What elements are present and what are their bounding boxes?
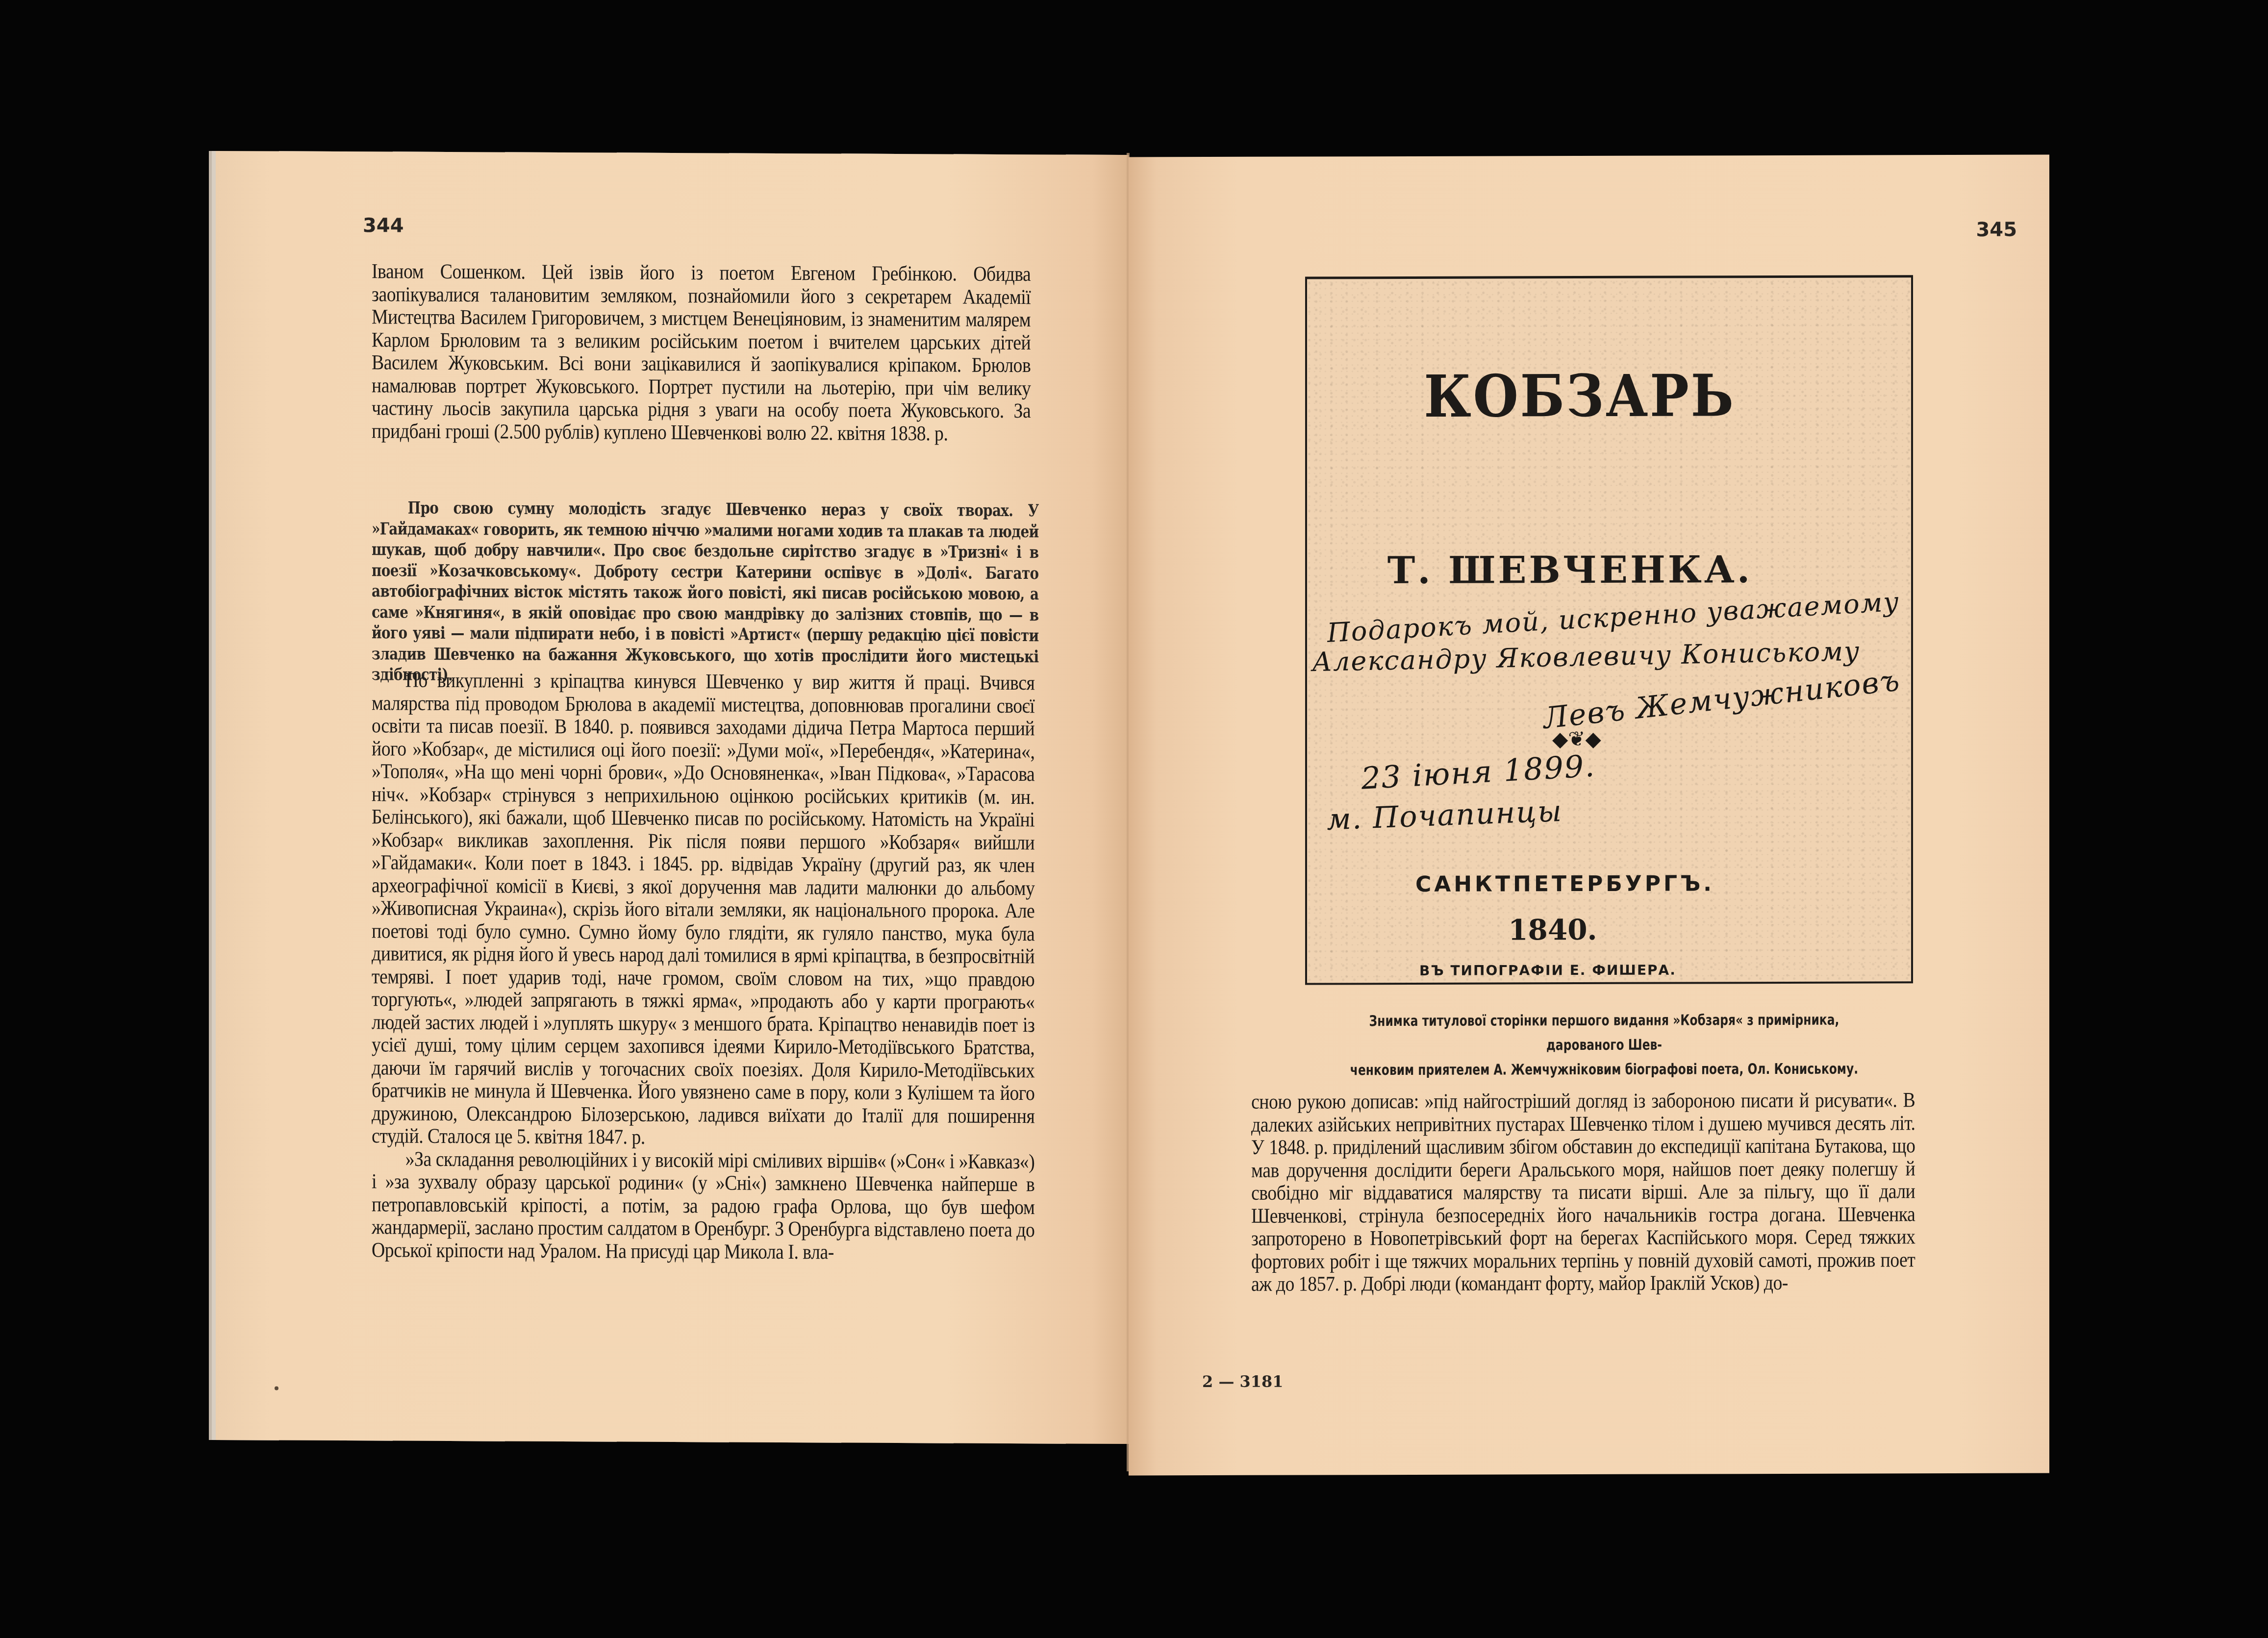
- biographical-note: Про свою сумну молодість згадує Шевченко…: [372, 497, 1038, 688]
- paper-speck: [275, 1386, 278, 1390]
- printer-signature-mark: 2 — 3181: [1202, 1372, 1284, 1391]
- paragraph-text: сною рукою дописав: »під найгостріший до…: [1251, 1089, 1915, 1296]
- title-page-facsimile: КОБЗАРЬ Т. ШЕВЧЕНКА. Подарокъ мой, искре…: [1305, 275, 1913, 985]
- facsimile-printer: ВЪ ТИПОГРАФІИ Е. ФИШЕРА.: [1307, 962, 1789, 979]
- paragraph-text: »За складання революційних і у високій м…: [372, 1148, 1034, 1265]
- inscription-place: м. Почапинцы: [1326, 794, 1563, 837]
- inscription-date: 23 іюня 1899.: [1360, 748, 1596, 796]
- right-page: 345 КОБЗАРЬ Т. ШЕВЧЕНКА. Подарокъ мой, и…: [1129, 155, 2049, 1476]
- paragraph-text: Іваном Сошенком. Цей ізвів його із поето…: [372, 260, 1031, 446]
- page-number-left: 344: [363, 214, 404, 237]
- page-number-right: 345: [1976, 219, 2017, 241]
- paragraph-text: По викупленні з кріпацтва кинувся Шевчен…: [372, 669, 1034, 1150]
- figure-caption: Знимка титулової сторінки першого виданн…: [1251, 1008, 1957, 1083]
- note-text: Про свою сумну молодість згадує Шевченко…: [372, 497, 1039, 688]
- facsimile-author: Т. ШЕВЧЕНКА.: [1307, 547, 1833, 593]
- facsimile-city: САНКТПЕТЕРБУРГЪ.: [1307, 871, 1823, 897]
- book-spread: 344 Іваном Сошенком. Цей ізвів його із п…: [0, 0, 2268, 1638]
- left-page: 344 Іваном Сошенком. Цей ізвів його із п…: [216, 151, 1129, 1444]
- facsimile-year: 1840.: [1307, 913, 1798, 947]
- facsimile-title: КОБЗАРЬ: [1335, 361, 1825, 431]
- caption-line: ченковим приятелем А. Жемчужніковим біог…: [1329, 1057, 1879, 1083]
- left-paragraphs-2-3: По викупленні з кріпацтва кинувся Шевчен…: [372, 669, 1033, 1265]
- left-paragraph-1: Іваном Сошенком. Цей ізвів його із поето…: [372, 260, 1029, 446]
- right-paragraph-1: сною рукою дописав: »під найгостріший до…: [1251, 1089, 1913, 1296]
- caption-line: Знимка титулової сторінки першого виданн…: [1329, 1008, 1879, 1058]
- inscription-signature: Левъ Жемчужниковъ: [1542, 663, 1902, 736]
